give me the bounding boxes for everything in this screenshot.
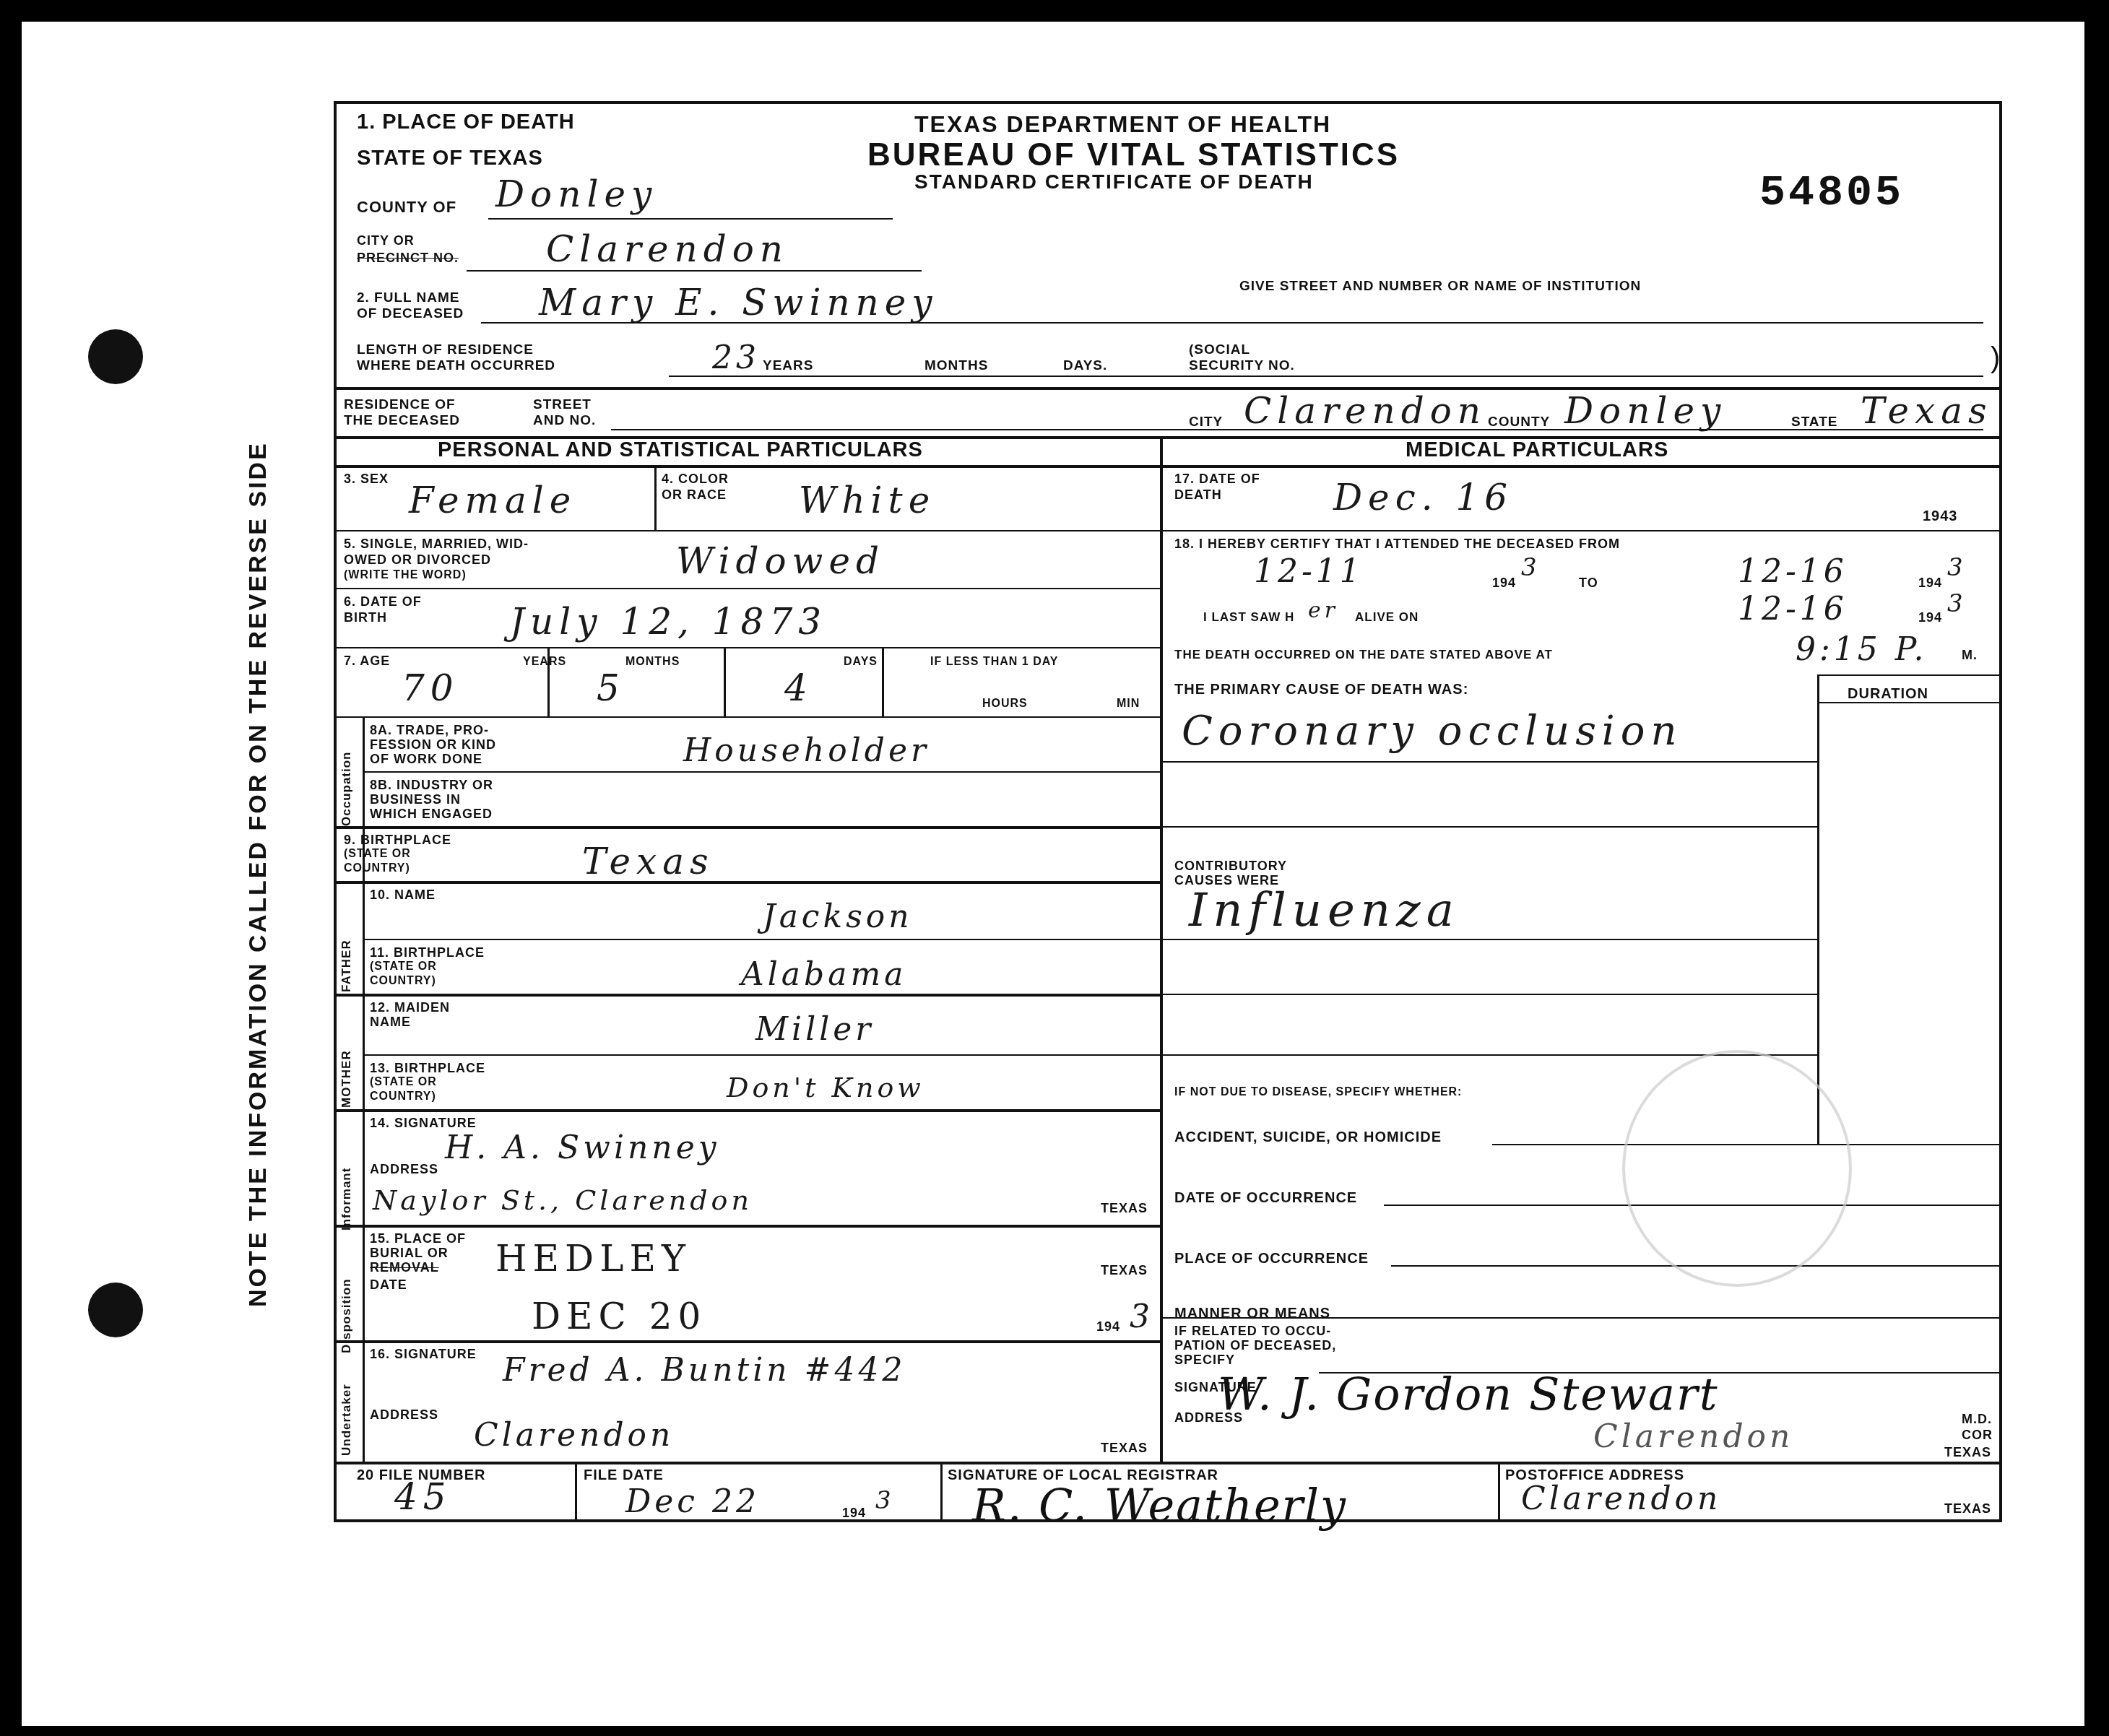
informant-signature-label: 14. SIGNATURE bbox=[370, 1115, 477, 1131]
age-months-label: MONTHS bbox=[625, 654, 680, 670]
postoffice-value: Clarendon bbox=[1521, 1480, 1721, 1517]
marital-label: (WRITE THE WORD) bbox=[344, 568, 467, 583]
ssn-label: SECURITY NO. bbox=[1189, 358, 1295, 374]
date-of-death-label: DEATH bbox=[1174, 487, 1222, 503]
registrar-signature: R. C. Weatherly bbox=[972, 1479, 1347, 1532]
attended-from-year: 3 bbox=[1521, 553, 1541, 582]
primary-cause: Coronary occlusion bbox=[1182, 708, 1683, 755]
sex-value: Female bbox=[409, 479, 576, 521]
duration-label: DURATION bbox=[1848, 686, 1928, 702]
year-prefix: 194 bbox=[1096, 1319, 1120, 1334]
mother-birthplace-label: 13. BIRTHPLACE bbox=[370, 1060, 485, 1076]
color-label: OR RACE bbox=[662, 487, 727, 503]
res-county-label: COUNTY bbox=[1488, 415, 1550, 430]
undertaker-tab: Undertaker bbox=[339, 1384, 354, 1456]
informant-tab: Informant bbox=[339, 1168, 354, 1231]
undertaker-address: Clarendon bbox=[474, 1417, 674, 1454]
name-label: 2. FULL NAME bbox=[357, 290, 460, 306]
color-label: 4. COLOR bbox=[662, 471, 729, 487]
occupation-related-label: IF RELATED TO OCCU- bbox=[1174, 1323, 1331, 1339]
days-label: DAYS. bbox=[1063, 358, 1107, 374]
city-value: Clarendon bbox=[546, 228, 789, 270]
to-label: TO bbox=[1579, 575, 1598, 591]
dob-label: 6. DATE OF bbox=[344, 594, 422, 609]
precinct-label: PRECINCT NO. bbox=[357, 250, 459, 266]
undertaker-address-label: ADDRESS bbox=[370, 1407, 438, 1423]
file-date: Dec 22 bbox=[625, 1483, 760, 1520]
binder-hole bbox=[88, 1283, 143, 1337]
burial-year: 3 bbox=[1130, 1298, 1153, 1335]
occupation-value: Householder bbox=[683, 732, 930, 769]
name-label: OF DECEASED bbox=[357, 306, 464, 322]
texas-label: TEXAS bbox=[1101, 1200, 1148, 1216]
residence-state: Texas bbox=[1861, 390, 1993, 432]
registration-stamp bbox=[1622, 1050, 1852, 1287]
birthplace-value: Texas bbox=[582, 841, 714, 882]
last-saw-date: 12-16 bbox=[1738, 591, 1848, 628]
attended-to-year: 3 bbox=[1947, 553, 1967, 582]
occupation-tab: Occupation bbox=[339, 751, 354, 826]
industry-label: 8B. INDUSTRY OR bbox=[370, 777, 493, 793]
file-number: 45 bbox=[394, 1476, 452, 1518]
age-days-label: DAYS bbox=[844, 654, 878, 670]
manner-label: MANNER OR MEANS bbox=[1174, 1306, 1330, 1321]
date-of-death: Dec. 16 bbox=[1333, 477, 1513, 518]
place-of-death-label: 1. PLACE OF DEATH bbox=[357, 111, 575, 133]
last-saw-year: 3 bbox=[1947, 589, 1967, 618]
father-birthplace-label: 11. BIRTHPLACE bbox=[370, 945, 485, 960]
contributory-label: CONTRIBUTORY bbox=[1174, 858, 1287, 874]
md-label: M.D. bbox=[1962, 1411, 1992, 1427]
physician-signature: W. J. Gordon Stewart bbox=[1218, 1368, 1719, 1420]
age-label: 7. AGE bbox=[344, 653, 390, 669]
birthplace-label: COUNTRY) bbox=[344, 861, 410, 877]
burial-date: DEC 20 bbox=[532, 1296, 706, 1337]
texas-label: TEXAS bbox=[1944, 1501, 1991, 1516]
medical-header: MEDICAL PARTICULARS bbox=[1406, 439, 1668, 461]
res-city-label: CITY bbox=[1189, 415, 1223, 430]
father-birthplace-label: COUNTRY) bbox=[370, 973, 436, 989]
m-label: M. bbox=[1962, 647, 1978, 663]
trade-label: 8A. TRADE, PRO- bbox=[370, 722, 489, 738]
age-years-label: YEARS bbox=[523, 654, 566, 670]
burial-date-label: DATE bbox=[370, 1277, 407, 1293]
county-label: COUNTY OF bbox=[357, 199, 456, 215]
months-label: MONTHS bbox=[924, 358, 988, 374]
death-year: 1943 bbox=[1923, 508, 1958, 524]
attended-from: 12-11 bbox=[1254, 553, 1364, 590]
date-of-death-label: 17. DATE OF bbox=[1174, 471, 1260, 487]
file-date-label: FILE DATE bbox=[584, 1467, 664, 1483]
binder-hole bbox=[88, 329, 143, 384]
physician-address-label: ADDRESS bbox=[1174, 1410, 1243, 1425]
mother-birthplace-label: (STATE OR bbox=[370, 1075, 437, 1090]
contributory-cause: Influenza bbox=[1189, 884, 1460, 937]
trade-label: OF WORK DONE bbox=[370, 751, 482, 767]
res-state-label: STATE bbox=[1791, 415, 1837, 430]
mother-maiden-label: 12. MAIDEN bbox=[370, 999, 450, 1015]
informant-address-label: ADDRESS bbox=[370, 1161, 438, 1177]
bureau-title: BUREAU OF VITAL STATISTICS bbox=[867, 137, 1400, 173]
alive-on-label: ALIVE ON bbox=[1355, 609, 1419, 625]
residence-length-label: WHERE DEATH OCCURRED bbox=[357, 358, 555, 374]
father-birthplace: Alabama bbox=[741, 956, 906, 993]
mother-maiden-name: Miller bbox=[755, 1011, 874, 1048]
reverse-side-note: NOTE THE INFORMATION CALLED FOR ON THE R… bbox=[244, 441, 272, 1307]
industry-label: BUSINESS IN bbox=[370, 791, 461, 807]
mother-birthplace-label: COUNTRY) bbox=[370, 1089, 436, 1105]
not-disease-label: IF NOT DUE TO DISEASE, SPECIFY WHETHER: bbox=[1174, 1085, 1462, 1101]
hours-label: HOURS bbox=[982, 696, 1028, 712]
dob-label: BIRTH bbox=[344, 609, 387, 625]
texas-label: TEXAS bbox=[1101, 1262, 1148, 1278]
street-label: AND NO. bbox=[533, 413, 596, 429]
father-tab: FATHER bbox=[339, 939, 354, 992]
occurrence-place-label: PLACE OF OCCURRENCE bbox=[1174, 1251, 1369, 1267]
ssn-label: (SOCIAL bbox=[1189, 342, 1250, 358]
residence-length-label: LENGTH OF RESIDENCE bbox=[357, 342, 534, 358]
age-days: 4 bbox=[784, 667, 813, 709]
residence-years: 23 bbox=[712, 339, 760, 376]
residence-city: Clarendon bbox=[1244, 390, 1486, 432]
residence-label: THE DECEASED bbox=[344, 413, 460, 429]
birthplace-label: (STATE OR bbox=[344, 846, 411, 862]
occupation-related-label: PATION OF DECEASED, bbox=[1174, 1337, 1336, 1353]
file-year-prefix: 194 bbox=[842, 1505, 866, 1521]
death-time-label: THE DEATH OCCURRED ON THE DATE STATED AB… bbox=[1174, 647, 1553, 663]
ssn-paren: ) bbox=[1991, 342, 2000, 375]
father-birthplace-label: (STATE OR bbox=[370, 959, 437, 975]
trade-label: FESSION OR KIND bbox=[370, 737, 496, 752]
last-saw-label: I LAST SAW H bbox=[1203, 609, 1294, 625]
color-value: White bbox=[799, 479, 935, 521]
file-year: 3 bbox=[875, 1486, 895, 1515]
county-value: Donley bbox=[495, 173, 657, 215]
marital-label: OWED OR DIVORCED bbox=[344, 552, 491, 568]
age-months: 5 bbox=[597, 667, 625, 709]
occurrence-date-label: DATE OF OCCURRENCE bbox=[1174, 1190, 1357, 1206]
less-than-day-label: IF LESS THAN 1 DAY bbox=[930, 654, 1058, 670]
certificate-number: 54805 bbox=[1759, 169, 1904, 218]
mother-maiden-label: NAME bbox=[370, 1014, 411, 1030]
dob-value: July 12, 1873 bbox=[510, 601, 827, 643]
burial-label: REMOVAL bbox=[370, 1259, 439, 1275]
informant-address: Naylor St., Clarendon bbox=[373, 1184, 753, 1216]
agency-title: TEXAS DEPARTMENT OF HEALTH bbox=[914, 111, 1331, 138]
street-label: STREET bbox=[533, 397, 592, 413]
physician-address: Clarendon bbox=[1593, 1418, 1793, 1455]
death-certificate-form: 1. PLACE OF DEATH TEXAS DEPARTMENT OF HE… bbox=[334, 101, 2002, 1522]
texas-label: TEXAS bbox=[1101, 1440, 1148, 1456]
cor-label: COR bbox=[1962, 1427, 1993, 1443]
personal-header: PERSONAL AND STATISTICAL PARTICULARS bbox=[438, 439, 923, 461]
deceased-name: Mary E. Swinney bbox=[539, 282, 938, 324]
attended-to: 12-16 bbox=[1738, 553, 1848, 590]
form-title: STANDARD CERTIFICATE OF DEATH bbox=[914, 170, 1314, 194]
year-prefix: 194 bbox=[1918, 609, 1942, 625]
age-years: 70 bbox=[402, 667, 459, 709]
residence-county: Donley bbox=[1564, 390, 1726, 432]
year-prefix: 194 bbox=[1492, 575, 1516, 591]
marital-value: Widowed bbox=[676, 540, 885, 582]
year-prefix: 194 bbox=[1918, 575, 1942, 591]
informant-signature: H. A. Swinney bbox=[445, 1129, 720, 1166]
primary-cause-label: THE PRIMARY CAUSE OF DEATH WAS: bbox=[1174, 682, 1468, 698]
sex-label: 3. SEX bbox=[344, 471, 389, 487]
min-label: MIN bbox=[1117, 696, 1140, 712]
birthplace-label: 9. BIRTHPLACE bbox=[344, 832, 451, 848]
occupation-related-label: SPECIFY bbox=[1174, 1352, 1235, 1368]
state-label: STATE OF TEXAS bbox=[357, 147, 543, 169]
burial-label: 15. PLACE OF bbox=[370, 1231, 466, 1246]
marital-label: 5. SINGLE, MARRIED, WID- bbox=[344, 536, 529, 552]
mother-birthplace: Don't Know bbox=[727, 1072, 924, 1103]
burial-place: HEDLEY bbox=[495, 1238, 691, 1280]
city-label: CITY OR bbox=[357, 233, 415, 248]
death-time: 9:15 P. bbox=[1796, 631, 1927, 668]
residence-label: RESIDENCE OF bbox=[344, 397, 456, 413]
institution-note: GIVE STREET AND NUMBER OR NAME OF INSTIT… bbox=[1239, 279, 1641, 295]
years-label: YEARS bbox=[763, 358, 813, 374]
undertaker-signature: Fred A. Buntin #442 bbox=[503, 1352, 906, 1389]
father-name-label: 10. NAME bbox=[370, 887, 436, 903]
burial-label: BURIAL OR bbox=[370, 1245, 449, 1261]
accident-label: ACCIDENT, SUICIDE, OR HOMICIDE bbox=[1174, 1129, 1442, 1145]
last-saw-pronoun: er bbox=[1308, 598, 1338, 623]
undertaker-signature-label: 16. SIGNATURE bbox=[370, 1346, 477, 1362]
industry-label: WHICH ENGAGED bbox=[370, 806, 493, 822]
father-name: Jackson bbox=[763, 898, 913, 935]
texas-label: TEXAS bbox=[1944, 1444, 1991, 1460]
certify-label: 18. I HEREBY CERTIFY THAT I ATTENDED THE… bbox=[1174, 536, 1620, 552]
mother-tab: MOTHER bbox=[339, 1050, 354, 1108]
